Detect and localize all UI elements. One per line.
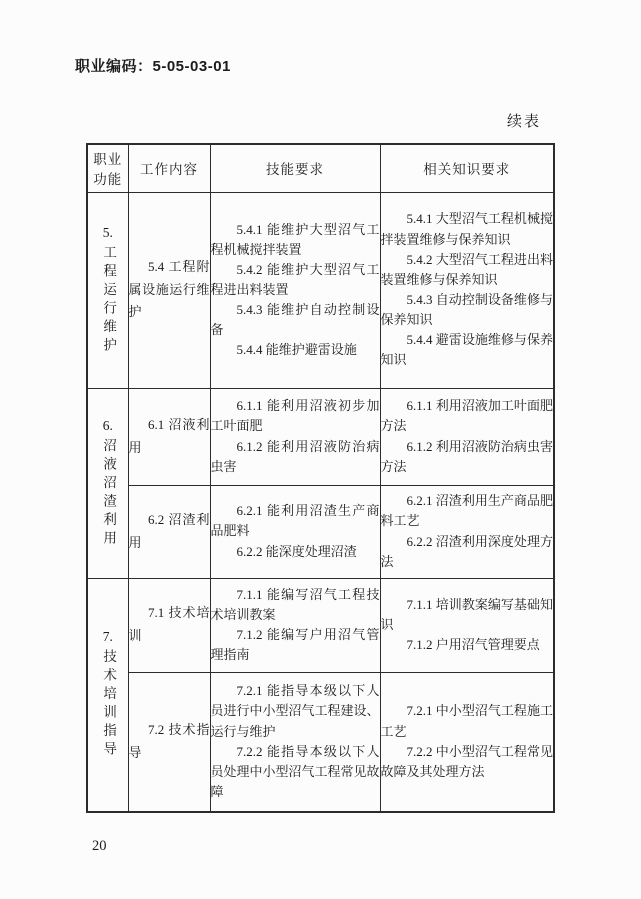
knowledge-cell-6-1: 6.1.1 利用沼液加工叶面肥方法 6.1.2 利用沼液防治病虫害方法 bbox=[380, 388, 554, 485]
header-cell-work-content: 工作内容 bbox=[128, 144, 210, 192]
function-cell-5: 5. 工程运行维护 bbox=[87, 192, 128, 388]
skill-item: 7.2.2 能指导本级以下人员处理中小型沼气工程常见故障 bbox=[211, 742, 380, 802]
knowledge-item: 6.1.2 利用沼液防治病虫害方法 bbox=[381, 437, 554, 477]
skills-cell-6-1: 6.1.1 能利用沼液初步加工叶面肥 6.1.2 能利用沼液防治病虫害 bbox=[210, 388, 380, 485]
skills-cell-5-4: 5.4.1 能维护大型沼气工程机械搅拌装置 5.4.2 能维护大型沼气工程进出料… bbox=[210, 192, 380, 388]
page-number: 20 bbox=[92, 838, 107, 855]
knowledge-item: 6.2.2 沼渣利用深度处理方法 bbox=[381, 532, 554, 572]
function-name: 沼液沼渣利用 bbox=[100, 438, 115, 549]
skill-item: 6.2.2 能深度处理沼渣 bbox=[211, 542, 380, 562]
table-row: 5. 工程运行维护 5.4 工程附属设施运行维护 5.4.1 能维护大型沼气工程… bbox=[87, 192, 554, 388]
knowledge-item: 7.2.2 中小型沼气工程常见故障及其处理方法 bbox=[381, 742, 554, 782]
knowledge-cell-6-2: 6.2.1 沼渣利用生产商品肥料工艺 6.2.2 沼渣利用深度处理方法 bbox=[380, 485, 554, 578]
occupation-code: 职业编码：5-05-03-01 bbox=[75, 55, 231, 76]
table-row: 7. 技术培训指导 7.1 技术培训 7.1.1 能编写沼气工程技术培训教案 7… bbox=[87, 578, 554, 672]
header-cell-skill-requirements: 技能要求 bbox=[210, 144, 380, 192]
knowledge-item: 7.1.1 培训教案编写基础知识 bbox=[381, 595, 554, 635]
knowledge-item: 6.2.1 沼渣利用生产商品肥料工艺 bbox=[381, 491, 554, 531]
function-cell-6: 6. 沼液沼渣利用 bbox=[87, 388, 128, 578]
skills-cell-7-2: 7.2.1 能指导本级以下人员进行中小型沼气工程建设、运行与维护 7.2.2 能… bbox=[210, 672, 380, 812]
skill-item: 6.2.1 能利用沼渣生产商品肥料 bbox=[211, 501, 380, 541]
work-cell-5-4: 5.4 工程附属设施运行维护 bbox=[128, 192, 210, 388]
knowledge-item: 5.4.2 大型沼气工程进出料装置维修与保养知识 bbox=[381, 250, 554, 290]
work-cell-7-2: 7.2 技术指导 bbox=[128, 672, 210, 812]
function-name: 技术培训指导 bbox=[100, 649, 115, 760]
knowledge-item: 5.4.1 大型沼气工程机械搅拌装置维修与保养知识 bbox=[381, 209, 554, 249]
skill-item: 5.4.2 能维护大型沼气工程进出料装置 bbox=[211, 260, 380, 300]
table-row: 7.2 技术指导 7.2.1 能指导本级以下人员进行中小型沼气工程建设、运行与维… bbox=[87, 672, 554, 812]
header-cell-function: 职业功能 bbox=[87, 144, 128, 192]
skill-item: 7.2.1 能指导本级以下人员进行中小型沼气工程建设、运行与维护 bbox=[211, 681, 380, 741]
skills-cell-7-1: 7.1.1 能编写沼气工程技术培训教案 7.1.2 能编写户用沼气管理指南 bbox=[210, 578, 380, 672]
knowledge-item: 5.4.4 避雷设施维修与保养知识 bbox=[381, 330, 554, 370]
skill-item: 5.4.4 能维护避雷设施 bbox=[211, 340, 380, 360]
table-row: 6.2 沼渣利用 6.2.1 能利用沼渣生产商品肥料 6.2.2 能深度处理沼渣… bbox=[87, 485, 554, 578]
knowledge-item: 7.1.2 户用沼气管理要点 bbox=[381, 635, 554, 655]
function-name: 工程运行维护 bbox=[100, 245, 115, 356]
skills-cell-6-2: 6.2.1 能利用沼渣生产商品肥料 6.2.2 能深度处理沼渣 bbox=[210, 485, 380, 578]
knowledge-item: 7.2.1 中小型沼气工程施工工艺 bbox=[381, 701, 554, 741]
function-cell-7: 7. 技术培训指导 bbox=[87, 578, 128, 812]
knowledge-cell-5-4: 5.4.1 大型沼气工程机械搅拌装置维修与保养知识 5.4.2 大型沼气工程进出… bbox=[380, 192, 554, 388]
function-label-vertical: 6. 沼液沼渣利用 bbox=[88, 418, 128, 549]
function-number: 7. bbox=[103, 629, 113, 645]
skill-item: 6.1.2 能利用沼液防治病虫害 bbox=[211, 437, 380, 477]
continued-table-label: 续表 bbox=[86, 110, 553, 131]
skill-item: 5.4.1 能维护大型沼气工程机械搅拌装置 bbox=[211, 220, 380, 260]
knowledge-cell-7-2: 7.2.1 中小型沼气工程施工工艺 7.2.2 中小型沼气工程常见故障及其处理方… bbox=[380, 672, 554, 812]
table-row: 6. 沼液沼渣利用 6.1 沼液利用 6.1.1 能利用沼液初步加工叶面肥 6.… bbox=[87, 388, 554, 485]
function-number: 6. bbox=[103, 418, 113, 434]
skill-item: 7.1.1 能编写沼气工程技术培训教案 bbox=[211, 585, 380, 625]
function-number: 5. bbox=[103, 225, 113, 241]
knowledge-item: 6.1.1 利用沼液加工叶面肥方法 bbox=[381, 396, 554, 436]
knowledge-cell-7-1: 7.1.1 培训教案编写基础知识 7.1.2 户用沼气管理要点 bbox=[380, 578, 554, 672]
work-cell-6-2: 6.2 沼渣利用 bbox=[128, 485, 210, 578]
function-label-vertical: 5. 工程运行维护 bbox=[88, 225, 128, 356]
work-cell-6-1: 6.1 沼液利用 bbox=[128, 388, 210, 485]
knowledge-item: 5.4.3 自动控制设备维修与保养知识 bbox=[381, 290, 554, 330]
skill-item: 7.1.2 能编写户用沼气管理指南 bbox=[211, 625, 380, 665]
work-cell-7-1: 7.1 技术培训 bbox=[128, 578, 210, 672]
function-label-vertical: 7. 技术培训指导 bbox=[88, 629, 128, 760]
occupation-standard-table: 职业功能 工作内容 技能要求 相关知识要求 5. 工程运行维护 5.4 工程附属… bbox=[86, 143, 555, 813]
skill-item: 6.1.1 能利用沼液初步加工叶面肥 bbox=[211, 396, 380, 436]
skill-item: 5.4.3 能维护自动控制设备 bbox=[211, 300, 380, 340]
table-header-row: 职业功能 工作内容 技能要求 相关知识要求 bbox=[87, 144, 554, 192]
header-cell-knowledge-requirements: 相关知识要求 bbox=[380, 144, 554, 192]
